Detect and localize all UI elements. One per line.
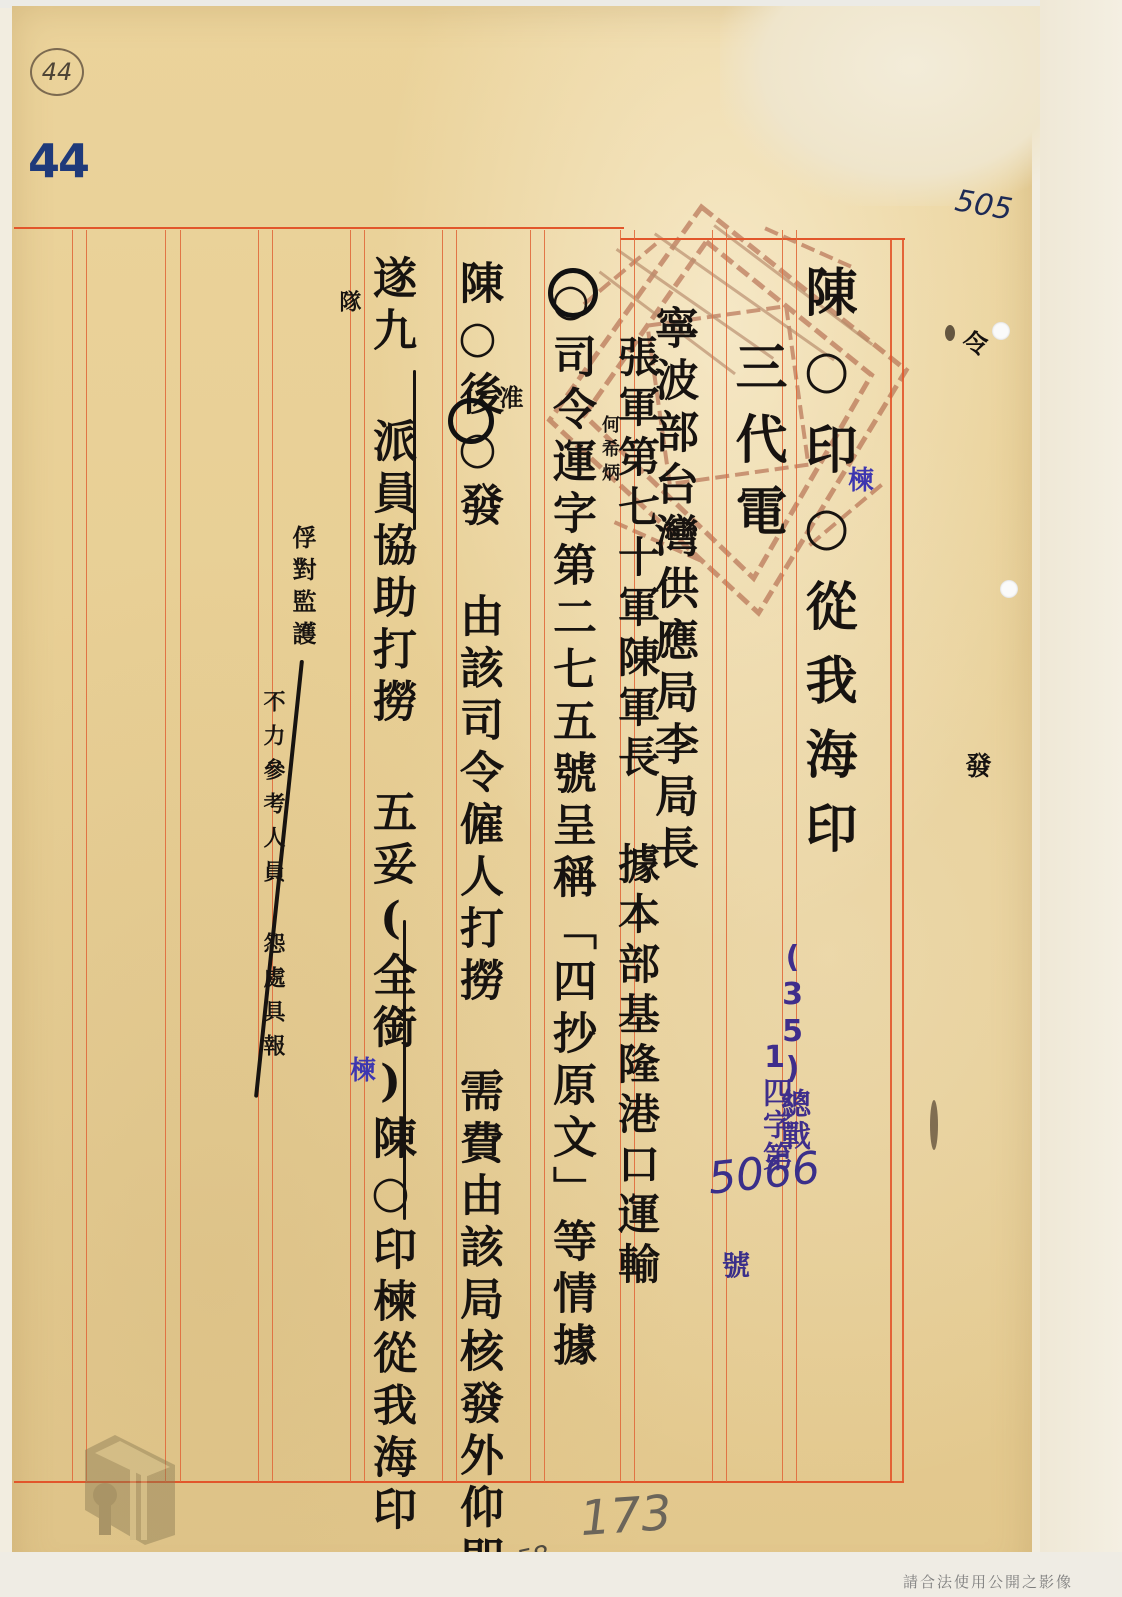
interlinear-insertion-team: 隊 <box>338 290 360 318</box>
grid-top-border <box>14 227 624 229</box>
column-report-reference: ○司令運字第二七五號呈稱「四抄原文」等情據 <box>548 275 592 1374</box>
grid-line <box>72 230 73 1482</box>
grid-line <box>180 230 181 1482</box>
grid-line <box>258 230 259 1482</box>
ink-stain <box>930 1100 938 1150</box>
column-addressee-2: 張軍第七十軍陳軍長 據本部基隆港口運輸 <box>615 335 657 1292</box>
punch-hole <box>992 322 1010 340</box>
blue-correction-mark: 楝 <box>848 460 874 497</box>
grid-top-border-right <box>620 238 905 240</box>
blue-correction-mark: 楝 <box>350 1050 376 1087</box>
interlinear-insertion-approve: 准 <box>497 385 521 415</box>
pencil-circled-page-number: 44 <box>30 48 84 96</box>
margin-note-order: 令 <box>955 330 992 356</box>
ink-bracket-line <box>403 920 406 1220</box>
grid-line <box>86 230 87 1482</box>
ink-circle-mark <box>548 268 598 318</box>
ink-circle-mark <box>448 398 494 444</box>
archive-stamp-suffix: 號 <box>722 1244 750 1284</box>
column-telegram-code: 三代電 <box>730 340 782 556</box>
margin-note-dispatch: 發 <box>958 752 995 778</box>
grid-right-border <box>890 238 892 1482</box>
column-instruction: 陳○後○發 由該司令僱人打撈 需費由該局核發外仰即 <box>455 260 499 1588</box>
punch-hole <box>1000 580 1018 598</box>
scan-right-margin <box>1040 0 1122 1597</box>
column-closing: 遂九 派員協助打撈 五妥(全銜)陳○印楝從我海印 <box>368 255 412 1538</box>
grid-line <box>712 230 713 1482</box>
annotation-custody: 俘對監護 <box>290 525 314 653</box>
grid-line <box>350 230 351 1482</box>
pencil-folio-number: 173 <box>578 1485 673 1547</box>
interlinear-insertion-name: 何希炳 <box>600 415 618 487</box>
grid-line <box>530 230 531 1482</box>
column-recipient: 陳○印○從我海印 <box>800 265 852 875</box>
ink-stain <box>945 325 955 341</box>
usage-watermark: 請合法使用公開之影像 <box>903 1571 1073 1592</box>
archive-logo-icon <box>75 1415 185 1545</box>
grid-line <box>442 230 443 1482</box>
grid-line <box>165 230 166 1482</box>
ink-bracket-line <box>413 370 416 530</box>
grid-right-border-inner <box>902 238 904 1482</box>
stamped-page-number: 44 <box>28 134 88 188</box>
